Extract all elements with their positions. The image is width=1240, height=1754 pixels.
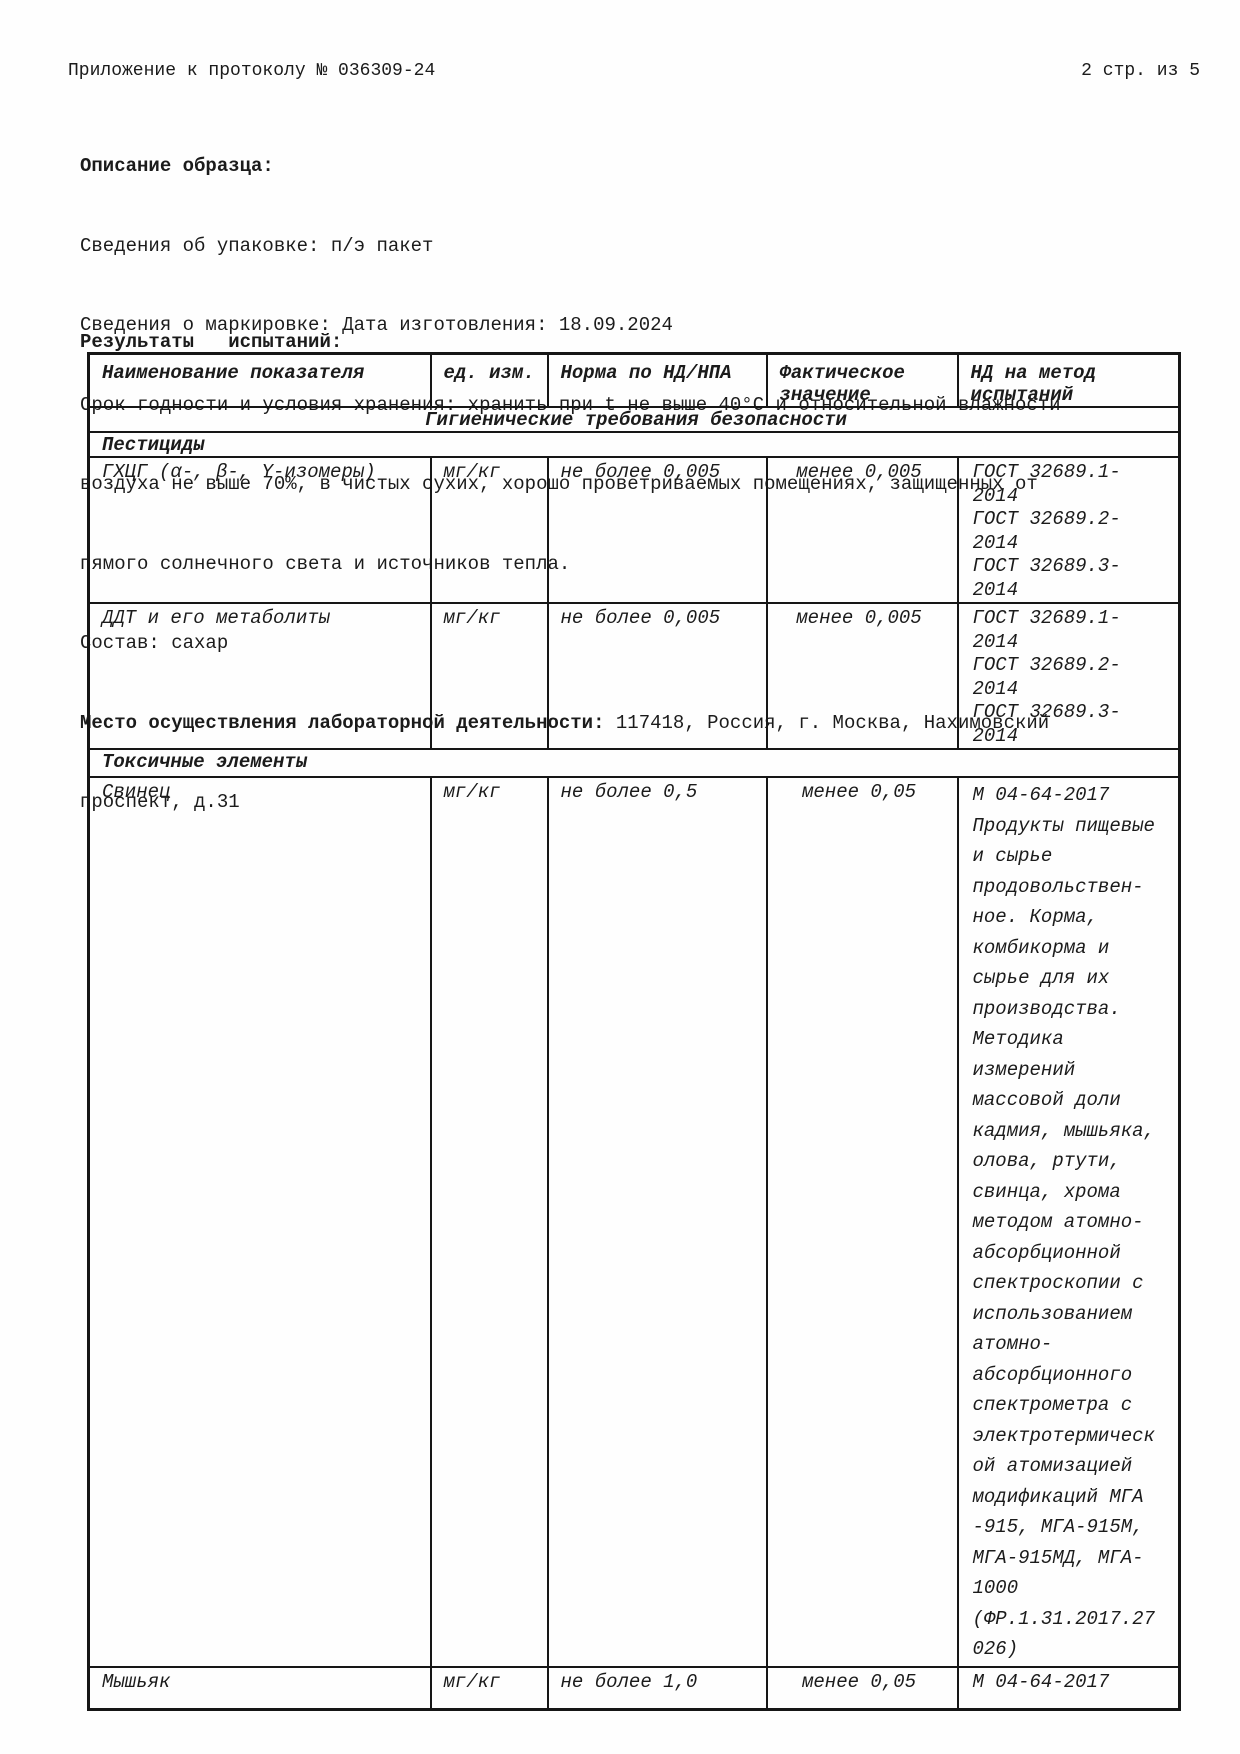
cell-actual: менее 0,005 <box>767 603 958 749</box>
col-header-norm: Норма по НД/НПА <box>548 354 767 408</box>
cell-parameter: Свинец <box>89 777 431 1667</box>
document-page: Приложение к протоколу № 036309-24 2 стр… <box>0 0 1240 1754</box>
table-row: ГХЦГ (α-, β-, Υ-изомеры) мг/кг не более … <box>89 457 1180 603</box>
cell-actual: менее 0,05 <box>767 1667 958 1709</box>
cell-actual: менее 0,05 <box>767 777 958 1667</box>
table-section-row: Пестициды <box>89 432 1180 457</box>
results-table: Наименование показателя ед. изм. Норма п… <box>87 352 1181 1711</box>
section-hygienic-requirements: Гигиенические требования безопасности <box>89 407 1180 432</box>
cell-unit: мг/кг <box>431 1667 548 1709</box>
protocol-reference: Приложение к протоколу № 036309-24 <box>68 60 435 82</box>
section-pesticides: Пестициды <box>89 432 1180 457</box>
table-row: Свинец мг/кг не более 0,5 менее 0,05 М 0… <box>89 777 1180 1667</box>
page-number: 2 стр. из 5 <box>1081 60 1200 82</box>
packaging-info: Сведения об упаковке: п/э пакет <box>80 233 1110 260</box>
cell-parameter: Мышьяк <box>89 1667 431 1709</box>
table-header-row: Наименование показателя ед. изм. Норма п… <box>89 354 1180 408</box>
cell-parameter: ДДТ и его метаболиты <box>89 603 431 749</box>
col-header-parameter: Наименование показателя <box>89 354 431 408</box>
section-toxic-elements: Токсичные элементы <box>89 749 1180 777</box>
cell-unit: мг/кг <box>431 457 548 603</box>
cell-norm: не более 0,005 <box>548 603 767 749</box>
cell-parameter: ГХЦГ (α-, β-, Υ-изомеры) <box>89 457 431 603</box>
table-row: Мышьяк мг/кг не более 1,0 менее 0,05 М 0… <box>89 1667 1180 1709</box>
page-header: Приложение к протоколу № 036309-24 2 стр… <box>68 60 1200 82</box>
cell-method: ГОСТ 32689.1- 2014 ГОСТ 32689.2- 2014 ГО… <box>958 457 1180 603</box>
col-header-method: НД на метод испытаний <box>958 354 1180 408</box>
sample-description-title: Описание образца: <box>80 153 1110 180</box>
cell-norm: не более 0,5 <box>548 777 767 1667</box>
cell-unit: мг/кг <box>431 603 548 749</box>
cell-norm: не более 0,005 <box>548 457 767 603</box>
col-header-actual: Фактическое значение <box>767 354 958 408</box>
table-row: ДДТ и его метаболиты мг/кг не более 0,00… <box>89 603 1180 749</box>
cell-actual: менее 0,005 <box>767 457 958 603</box>
col-header-unit: ед. изм. <box>431 354 548 408</box>
table-section-row: Гигиенические требования безопасности <box>89 407 1180 432</box>
cell-method: ГОСТ 32689.1- 2014 ГОСТ 32689.2- 2014 ГО… <box>958 603 1180 749</box>
table-section-row: Токсичные элементы <box>89 749 1180 777</box>
cell-unit: мг/кг <box>431 777 548 1667</box>
cell-norm: не более 1,0 <box>548 1667 767 1709</box>
results-title: Результаты испытаний: <box>80 331 342 353</box>
cell-method: М 04-64-2017 Продукты пищевые и сырье пр… <box>958 777 1180 1667</box>
cell-method: М 04-64-2017 <box>958 1667 1180 1709</box>
